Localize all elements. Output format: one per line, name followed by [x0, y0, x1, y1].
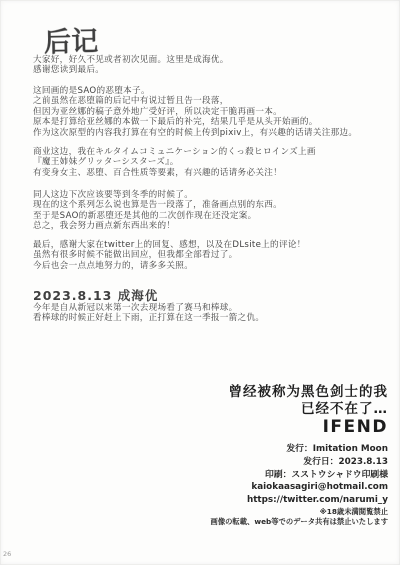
- afterword-line: 现在的这个系列怎么说也算是告一段落了，准备画点别的东西。: [33, 200, 382, 210]
- afterword-line: 作为这次原型的内容我打算在有空的时候上传到pixiv上，有兴趣的话请关注那边。: [33, 128, 382, 138]
- afterword-line: 最后，感谢大家在twitter上的回复、感想，以及在DLsite上的评论！: [33, 240, 382, 250]
- afterword-line: 有变身女主、恶堕、百合性质等要素，有兴趣的话请务必关注！: [33, 168, 382, 178]
- colophon-email: kaiokaasagiri@hotmail.com: [247, 481, 388, 494]
- afterword-line: 看棒球的时候正好赶上下雨，正打算在这一季报一箭之仇。: [33, 313, 382, 323]
- afterword-page: 后记 大家好，好久不见或者初次见面。这里是成海优。 感谢您读到最后。 这回画的是…: [0, 0, 400, 565]
- afterword-line: 这回画的是SAO的恶堕本子。: [33, 86, 382, 96]
- afterword-line: 至于是SAO的新恶堕还是其他的二次创作现在还没定案。: [33, 211, 382, 221]
- afterword-paragraph-greeting: 大家好，好久不见或者初次见面。这里是成海优。 感谢您读到最后。: [33, 55, 382, 76]
- work-title-line: 曾经被称为黑色剑士的我: [229, 384, 389, 401]
- afterword-line: 同人这边下次应该要等到冬季的时候了。: [33, 190, 382, 200]
- afterword-line: 原本是打算给亚丝娜的本做一下最后的补完，结果几乎是从头开始画的。: [33, 117, 382, 127]
- afterword-line: 大家好，好久不见或者初次见面。这里是成海优。: [33, 55, 382, 65]
- afterword-paragraph-about-book: 这回画的是SAO的恶堕本子。 之前虽然在恶堕篇的后记中有说过暂且告一段落， 但因…: [33, 86, 382, 138]
- afterword-line: 今后也会一点点地努力的，请多多关照。: [33, 261, 382, 271]
- page-title: 后记: [44, 20, 99, 60]
- colophon-publish-date: 发行日：2023.8.13: [247, 456, 388, 469]
- work-title-english: IFEND: [229, 417, 389, 437]
- afterword-line: 『魔王姉妹グリッターシスターズ』。: [33, 157, 382, 167]
- afterword-line: 但因为亚丝娜的稿子意外地广受好评，所以决定干脆再画一本。: [33, 107, 382, 117]
- colophon-twitter-url: https://twitter.com/narumi_y: [247, 494, 388, 507]
- afterword-paragraph-commercial: 商业这边，我在キルタイムコミュニケーション的くっ殺ヒロインズ上画 『魔王姉妹グリ…: [33, 147, 382, 178]
- afterword-line: 商业这边，我在キルタイムコミュニケーション的くっ殺ヒロインズ上画: [33, 147, 382, 157]
- author-signature: 2023.8.13 成海优: [33, 286, 158, 304]
- colophon-block: 发行：Imitation Moon 发行日：2023.8.13 印刷：スストウシ…: [247, 443, 388, 507]
- afterword-line: 之前虽然在恶堕篇的后记中有说过暂且告一段落，: [33, 96, 382, 106]
- afterword-line: 今年是自从新冠以来第一次去现场看了赛马和棒球。: [33, 303, 382, 313]
- afterword-line: 总之，我会努力画点新东西出来的！: [33, 221, 382, 231]
- afterword-line: 虽然有很多时候不能做出回应，但我都全部看过了。: [33, 250, 382, 260]
- work-title-block: 曾经被称为黑色剑士的我 已经不在了… IFEND: [229, 384, 389, 437]
- afterword-paragraph-postscript: 今年是自从新冠以来第一次去现场看了赛马和棒球。 看棒球的时候正好赶上下雨，正打算…: [33, 303, 382, 324]
- afterword-paragraph-thanks: 最后，感谢大家在twitter上的回复、感想，以及在DLsite上的评论！ 虽然…: [33, 240, 382, 271]
- colophon-publisher: 发行：Imitation Moon: [247, 443, 388, 456]
- afterword-paragraph-doujin-plans: 同人这边下次应该要等到冬季的时候了。 现在的这个系列怎么说也算是告一段落了，准备…: [33, 190, 382, 232]
- colophon-printer: 印刷：スストウシャドウ印刷様: [247, 469, 388, 482]
- age-warning-line: ※18歳未満閲覧禁止: [211, 507, 388, 517]
- afterword-line: 感谢您读到最后。: [33, 65, 382, 75]
- no-redistribution-line: 画像の転載、web等でのデータ共有は禁止いたします: [211, 517, 388, 527]
- page-number: 26: [3, 550, 11, 558]
- work-title-line: 已经不在了…: [229, 401, 389, 418]
- age-restriction-notice: ※18歳未満閲覧禁止 画像の転載、web等でのデータ共有は禁止いたします: [211, 507, 388, 527]
